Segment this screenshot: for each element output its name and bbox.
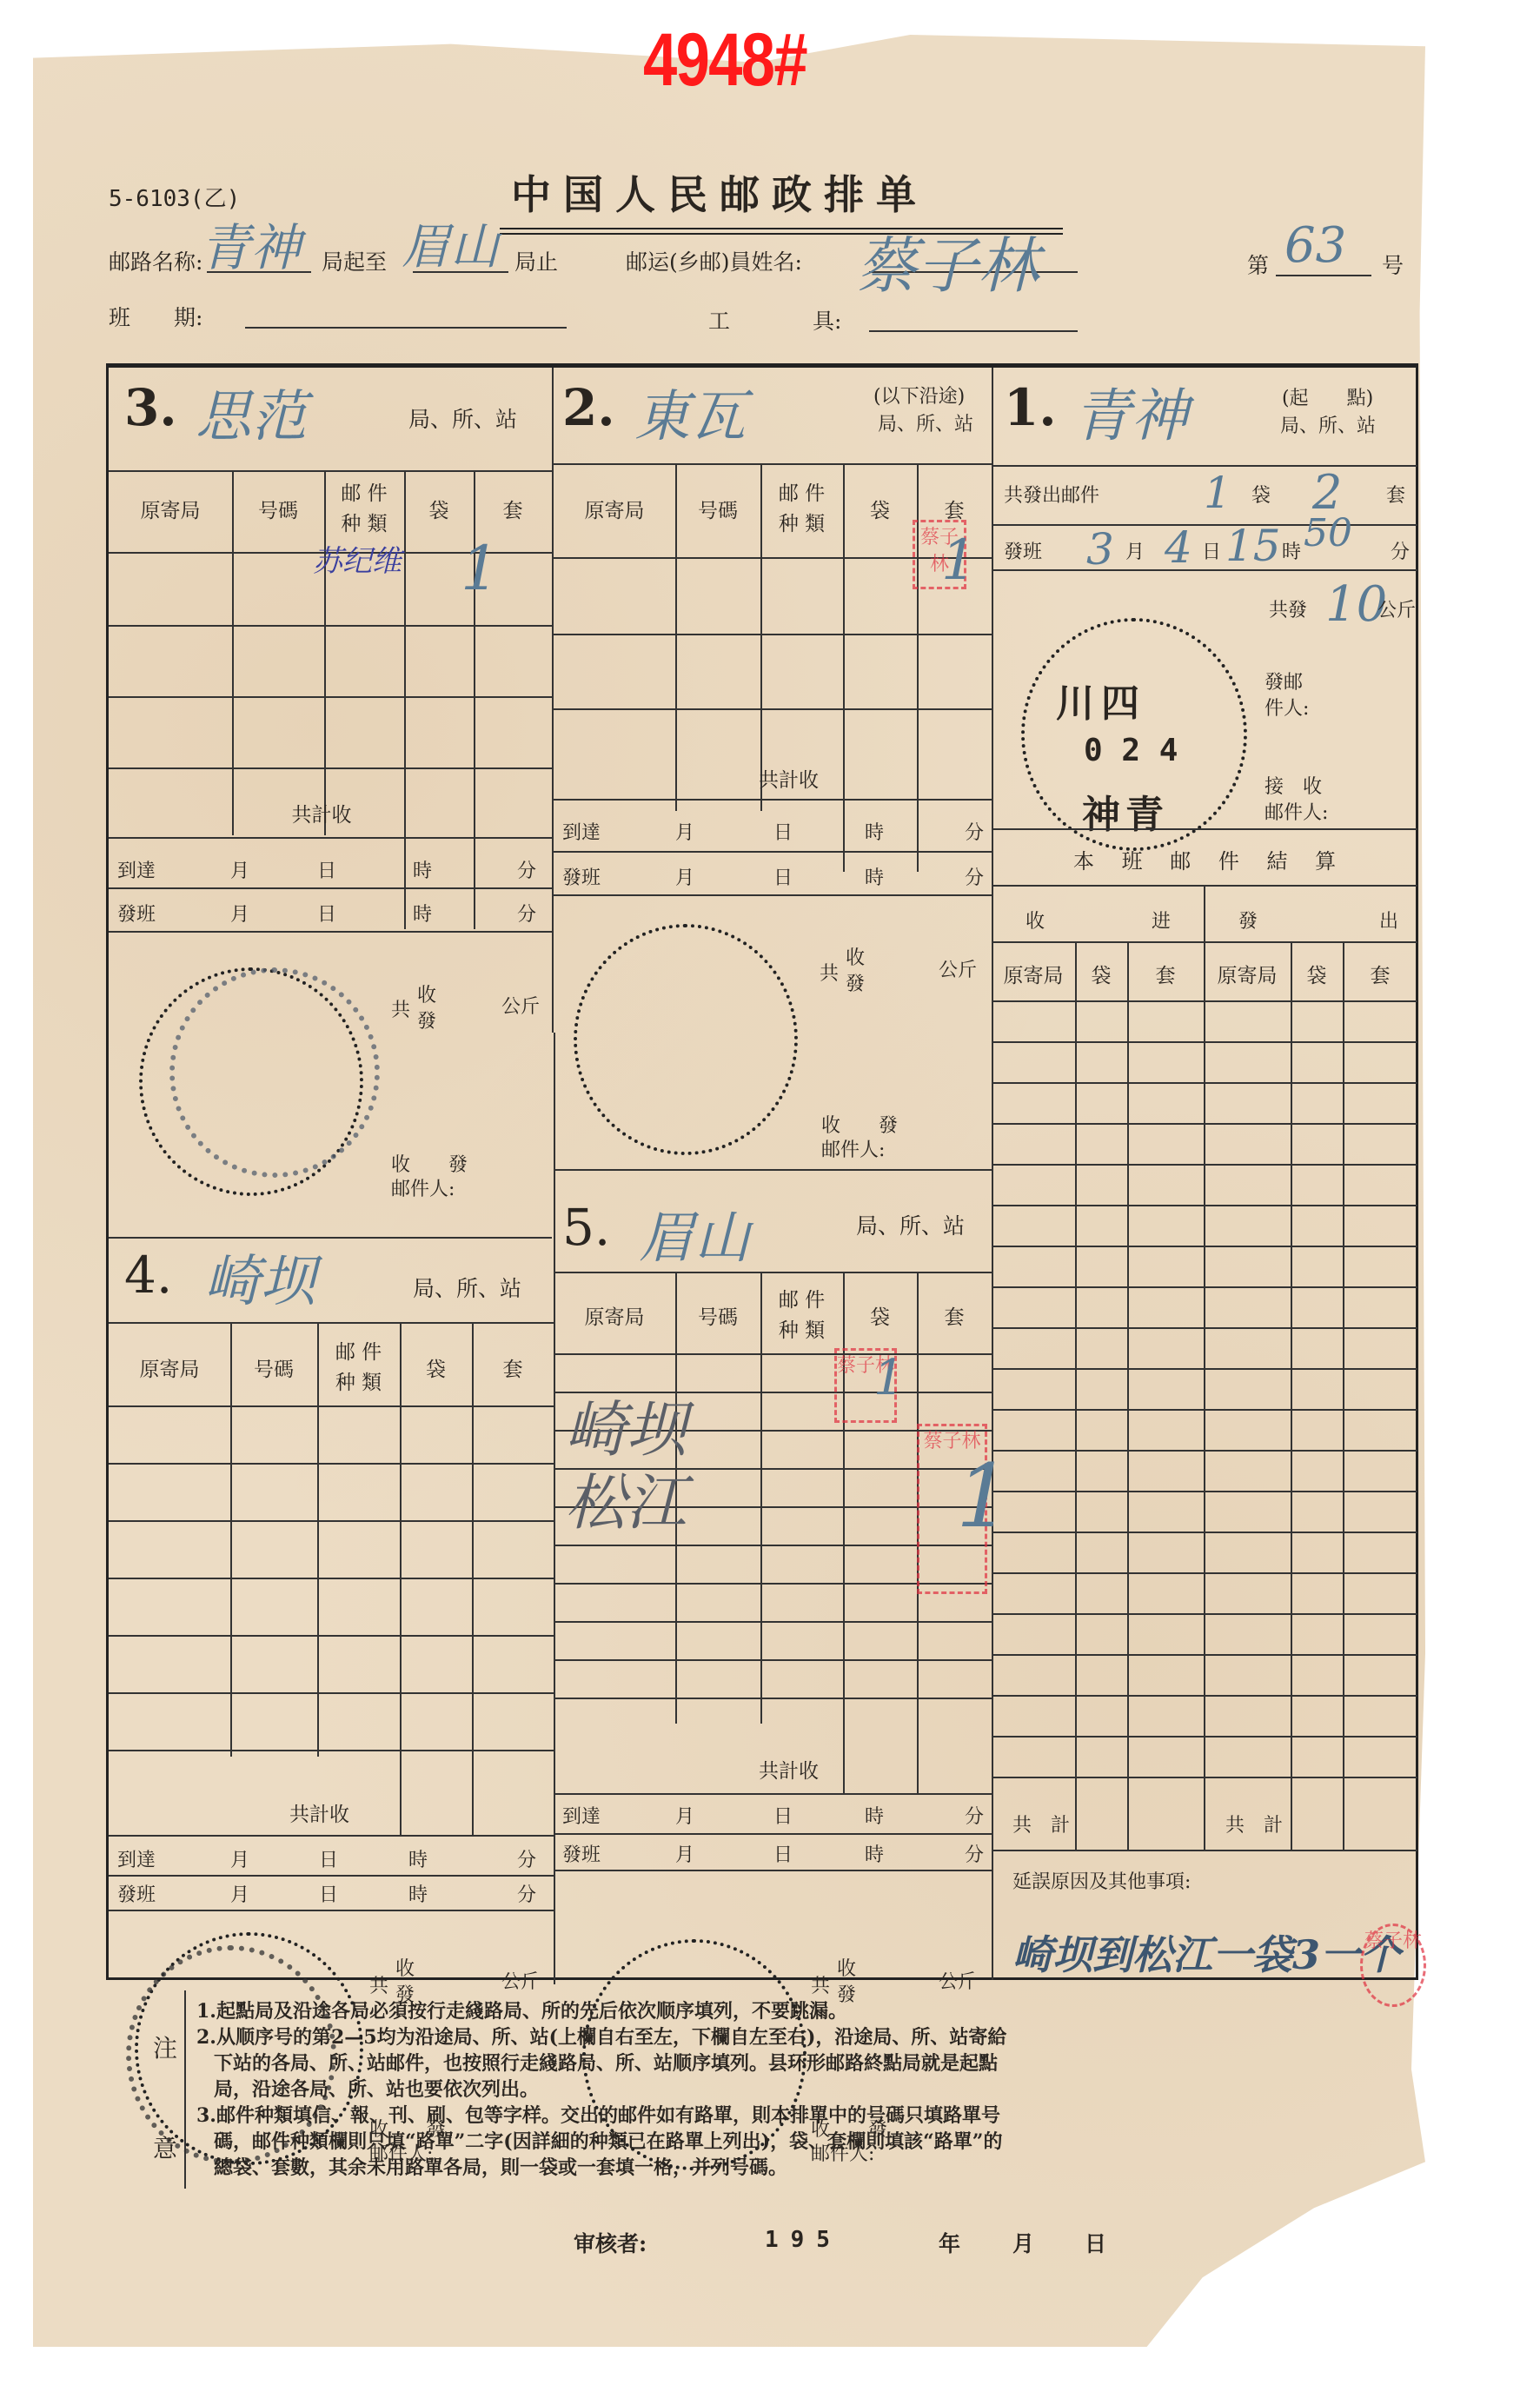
depart-month-value[interactable]: 3 bbox=[1086, 524, 1114, 575]
section-2-station[interactable]: 東瓦 bbox=[634, 372, 746, 452]
section-5-handwritten-note[interactable]: 崎坝 松江 bbox=[565, 1393, 739, 1539]
notes-side-label-2: 意 bbox=[153, 2130, 177, 2164]
col-bag: 袋 bbox=[843, 1305, 917, 1331]
col-set: 套 bbox=[474, 498, 552, 524]
day-label: 日 bbox=[1202, 537, 1221, 564]
divider-col-1 bbox=[552, 368, 554, 1033]
out-label-2: 出 bbox=[1379, 907, 1398, 934]
col-type-1: 邮 件 bbox=[760, 1287, 843, 1313]
rule bbox=[992, 1450, 1417, 1452]
month-label: 月 bbox=[675, 1802, 694, 1829]
sent-mail-label: 共發出邮件 bbox=[1004, 481, 1099, 508]
kg-label: 公斤 bbox=[501, 992, 540, 1019]
col-origin: 原寄局 bbox=[109, 498, 232, 524]
send-label: 發 bbox=[846, 969, 865, 996]
day-label: 日 bbox=[319, 1845, 338, 1872]
section-5-number: 5. bbox=[562, 1198, 610, 1257]
route-end-value[interactable]: 眉山 bbox=[402, 209, 499, 278]
route-end-label: 局止 bbox=[514, 245, 558, 276]
rule bbox=[992, 828, 1417, 830]
rule bbox=[992, 1082, 1417, 1084]
recv-label: 收 bbox=[417, 980, 436, 1007]
rule bbox=[992, 1164, 1417, 1166]
note-line-1: 1.起點局及沿途各局必須按行走綫路局、所的先后依次顺序填列，不要跳漏。 bbox=[196, 1999, 847, 2023]
col-type-1: 邮 件 bbox=[317, 1339, 400, 1365]
depart-label: 發班 bbox=[117, 900, 156, 927]
day-label: 日 bbox=[773, 1840, 793, 1867]
rule bbox=[554, 1272, 992, 1273]
rule bbox=[554, 1353, 992, 1355]
settle-total-in: 共 計 bbox=[1012, 1811, 1070, 1837]
note-line-5: 3.邮件种類填信、報、刊、刷、包等字样。交出的邮件如有路單，則本排單中的号碼只填… bbox=[196, 2103, 1000, 2128]
rule bbox=[1127, 941, 1129, 1850]
rule bbox=[109, 470, 552, 472]
rule bbox=[554, 1870, 992, 1871]
handler-label-2: 邮件人: bbox=[821, 1135, 885, 1162]
rule bbox=[109, 837, 552, 839]
section-3-total-received: 共計收 bbox=[239, 802, 404, 828]
handler-label-2: 邮件人: bbox=[391, 1174, 455, 1201]
rule bbox=[992, 1409, 1417, 1411]
day-label: 日 bbox=[773, 1802, 793, 1829]
note-line-4: 局，沿途各局、所、站也要依次列出。 bbox=[214, 2077, 539, 2102]
note-line-7: 總袋、套數，其余未用路單各局，則一袋或一套填一格，并列号碼。 bbox=[214, 2156, 787, 2180]
section-4-total-received: 共計收 bbox=[239, 1802, 400, 1828]
rule bbox=[554, 634, 992, 635]
settle-col-set-in: 套 bbox=[1127, 963, 1204, 989]
rule bbox=[554, 799, 992, 801]
tool-field[interactable] bbox=[869, 330, 1078, 332]
col-bag: 袋 bbox=[400, 1357, 472, 1383]
dispatch-table: 3. 思范 局、所、站 原寄局 号碼 邮 件 种 類 袋 套 苏纪维 1 共計收… bbox=[106, 363, 1418, 1980]
rule bbox=[554, 708, 992, 710]
rule bbox=[992, 1327, 1417, 1329]
number-value[interactable]: 63 bbox=[1284, 217, 1346, 274]
col-number: 号碼 bbox=[675, 1305, 760, 1331]
in-label-2: 进 bbox=[1152, 907, 1171, 934]
day-label: 日 bbox=[317, 856, 336, 883]
rule bbox=[992, 465, 1417, 467]
rule bbox=[992, 1777, 1417, 1778]
rule bbox=[109, 625, 552, 627]
col-bag: 袋 bbox=[843, 498, 917, 524]
bag-label: 袋 bbox=[1251, 481, 1271, 508]
rule bbox=[230, 1322, 232, 1757]
rule bbox=[1291, 941, 1292, 1850]
rule bbox=[554, 894, 992, 896]
section-1-number: 1. bbox=[1004, 378, 1057, 437]
col-number: 号碼 bbox=[675, 498, 760, 524]
minute-label: 分 bbox=[517, 900, 536, 927]
rule bbox=[554, 1169, 992, 1171]
minute-label: 分 bbox=[965, 818, 984, 845]
section-5-bag-mark[interactable]: 1 bbox=[873, 1350, 905, 1406]
depart-label: 發班 bbox=[562, 1840, 601, 1867]
depart-day-value[interactable]: 4 bbox=[1165, 522, 1192, 573]
rule bbox=[992, 1246, 1417, 1247]
hour-label: 時 bbox=[1282, 537, 1301, 564]
rule bbox=[109, 1692, 554, 1694]
hour-label: 時 bbox=[865, 1802, 884, 1829]
total-prefix: 共 bbox=[391, 995, 410, 1022]
col-set: 套 bbox=[917, 1305, 992, 1331]
rule bbox=[109, 931, 552, 933]
settle-col-origin-out: 原寄局 bbox=[1204, 963, 1291, 989]
tool-label-2: 具: bbox=[813, 304, 841, 336]
postmark-bottom-text: 神青 bbox=[1082, 783, 1169, 839]
hour-label: 時 bbox=[865, 863, 884, 890]
section-1-station[interactable]: 青神 bbox=[1073, 369, 1188, 452]
rule bbox=[992, 1205, 1417, 1206]
settle-col-bag-out: 袋 bbox=[1291, 963, 1343, 989]
section-3-number: 3. bbox=[124, 378, 177, 437]
rule bbox=[992, 1286, 1417, 1288]
day-label: 日 bbox=[773, 818, 793, 845]
minute-label: 分 bbox=[1391, 537, 1410, 564]
handler-label-1: 收 發 bbox=[821, 1111, 898, 1138]
rule bbox=[554, 1621, 992, 1623]
rule bbox=[992, 1654, 1417, 1656]
rule bbox=[554, 1698, 992, 1699]
lot-number: 4948# bbox=[643, 17, 807, 103]
footer-year: 195 bbox=[765, 2227, 842, 2253]
sent-bags-value[interactable]: 1 bbox=[1204, 468, 1231, 518]
rule bbox=[109, 1322, 554, 1324]
minute-label: 分 bbox=[517, 1845, 536, 1872]
minute-label: 分 bbox=[517, 1880, 536, 1907]
reviewer-label: 审核者: bbox=[574, 2227, 647, 2258]
day-label: 日 bbox=[773, 863, 793, 890]
footer-day-label: 日 bbox=[1085, 2227, 1106, 2258]
rule bbox=[109, 1578, 554, 1579]
month-label: 月 bbox=[230, 900, 249, 927]
rule bbox=[992, 524, 1417, 526]
hour-label: 時 bbox=[413, 900, 432, 927]
hour-label: 時 bbox=[408, 1845, 428, 1872]
recv-label: 收 bbox=[846, 943, 865, 970]
sender-label-2: 件人: bbox=[1265, 694, 1309, 721]
section-4-suffix: 局、所、站 bbox=[413, 1272, 521, 1303]
number-suffix: 号 bbox=[1382, 249, 1404, 280]
depart-label: 發班 bbox=[117, 1880, 156, 1907]
section-2-number: 2. bbox=[562, 378, 615, 437]
col-origin: 原寄局 bbox=[554, 498, 675, 524]
section-3-signature[interactable]: 苏纪维 bbox=[313, 537, 402, 580]
rule bbox=[109, 696, 552, 698]
section-2-note: (以下沿途) bbox=[873, 382, 965, 409]
number-line bbox=[1276, 275, 1371, 276]
hour-label: 時 bbox=[413, 856, 432, 883]
schedule-label: 班 期: bbox=[109, 301, 202, 332]
rule bbox=[992, 1491, 1417, 1492]
rule bbox=[554, 851, 992, 853]
carrier-label: 邮运(乡邮)員姓名: bbox=[626, 245, 802, 276]
divider-col-2 bbox=[992, 368, 993, 1980]
section-1-suffix: 局、所、站 bbox=[1280, 411, 1376, 438]
kg-label: 公斤 bbox=[939, 955, 977, 982]
rule bbox=[109, 1635, 554, 1637]
rule bbox=[109, 1750, 554, 1751]
postmark-date: 0 2 4 bbox=[1084, 733, 1178, 768]
rule bbox=[554, 1659, 992, 1661]
rule bbox=[992, 1368, 1417, 1370]
in-label-1: 收 bbox=[1026, 907, 1045, 934]
section-2-set-mark[interactable]: 1 bbox=[941, 528, 977, 593]
set-label: 套 bbox=[1386, 481, 1405, 508]
hour-label: 時 bbox=[865, 818, 884, 845]
section-2-total-received: 共計收 bbox=[734, 767, 843, 794]
carrier-name[interactable]: 蔡子林 bbox=[856, 217, 1039, 305]
rule bbox=[1343, 941, 1344, 1850]
receiver-label-2: 邮件人: bbox=[1265, 798, 1328, 825]
rule bbox=[1204, 885, 1205, 1850]
settle-col-bag-in: 袋 bbox=[1075, 963, 1127, 989]
rule bbox=[992, 1736, 1417, 1738]
section-5-total-received: 共計收 bbox=[734, 1758, 843, 1784]
rule bbox=[109, 887, 552, 889]
section-2-suffix: 局、所、站 bbox=[878, 409, 973, 436]
sender-label-1: 發邮 bbox=[1265, 668, 1303, 694]
col-type-2: 种 類 bbox=[324, 511, 404, 537]
send-label: 發 bbox=[417, 1007, 436, 1033]
rule bbox=[992, 1123, 1417, 1125]
arrive-label: 到達 bbox=[117, 1845, 156, 1872]
route-label: 邮路名称: bbox=[109, 245, 202, 276]
receiver-label-1: 接 收 bbox=[1265, 772, 1322, 799]
arrive-label: 到達 bbox=[117, 856, 156, 883]
rule bbox=[992, 1532, 1417, 1533]
notes-side-label-1: 注 bbox=[153, 2030, 177, 2064]
footer-year-label: 年 bbox=[939, 2227, 960, 2258]
document-title: 中国人民邮政排单 bbox=[511, 163, 928, 221]
rule bbox=[992, 569, 1417, 571]
col-type-2: 种 類 bbox=[760, 511, 843, 537]
note-line-2: 2.从顺序号的第2—5均为沿途局、所、站(上欄自右至左，下欄自左至右)，沿途局、… bbox=[196, 2025, 1006, 2050]
hour-label: 時 bbox=[865, 1840, 884, 1867]
section-3-set-mark[interactable]: 1 bbox=[461, 533, 500, 604]
hour-label: 時 bbox=[408, 1880, 428, 1907]
settle-col-origin-in: 原寄局 bbox=[992, 963, 1075, 989]
col-origin: 原寄局 bbox=[554, 1305, 675, 1331]
day-label: 日 bbox=[319, 1880, 338, 1907]
route-start-value[interactable]: 青神 bbox=[200, 207, 301, 280]
rule bbox=[109, 1835, 554, 1837]
rule bbox=[554, 463, 992, 465]
col-type-1: 邮 件 bbox=[760, 481, 843, 507]
col-number: 号碼 bbox=[230, 1357, 317, 1383]
month-label: 月 bbox=[230, 1880, 249, 1907]
month-label: 月 bbox=[675, 863, 694, 890]
postmark-faded-3 bbox=[169, 967, 380, 1178]
col-type-2: 种 類 bbox=[317, 1370, 400, 1396]
number-prefix: 第 bbox=[1247, 249, 1269, 280]
col-type-2: 种 類 bbox=[760, 1318, 843, 1344]
rule bbox=[1075, 941, 1077, 1850]
month-label: 月 bbox=[230, 1845, 249, 1872]
settlement-title: 本 班 邮 件 結 算 bbox=[1073, 844, 1346, 874]
rule bbox=[992, 1041, 1417, 1043]
rule bbox=[554, 1793, 992, 1795]
section-4-number: 4. bbox=[124, 1246, 172, 1305]
weight-label: 共發 bbox=[1269, 595, 1307, 622]
col-set: 套 bbox=[472, 1357, 554, 1383]
recv-label: 收 bbox=[395, 1954, 415, 1981]
section-1-note: (起 點) bbox=[1282, 383, 1373, 410]
schedule-field[interactable] bbox=[245, 327, 567, 329]
depart-label: 發班 bbox=[562, 863, 601, 890]
month-label: 月 bbox=[230, 856, 249, 883]
col-bag: 袋 bbox=[404, 498, 474, 524]
col-number: 号碼 bbox=[232, 498, 324, 524]
rule bbox=[843, 463, 845, 872]
day-label: 日 bbox=[317, 900, 336, 927]
note-line-6: 碼，邮件种類欄則只填“路單”二字(因詳細的种類已在路單上列出)，袋、套欄則填該“… bbox=[214, 2130, 1002, 2154]
rule bbox=[404, 470, 406, 929]
route-start-label: 局起至 bbox=[322, 245, 387, 276]
rule bbox=[109, 1520, 554, 1522]
month-label: 月 bbox=[675, 818, 694, 845]
rule bbox=[992, 1613, 1417, 1615]
rule bbox=[109, 767, 552, 769]
rule bbox=[992, 1850, 1417, 1851]
divider-col-1b bbox=[554, 1033, 555, 1984]
rule bbox=[109, 1463, 554, 1465]
rule bbox=[232, 470, 234, 835]
rule bbox=[109, 1237, 552, 1239]
arrive-label: 到達 bbox=[562, 1802, 601, 1829]
section-3-station[interactable]: 思范 bbox=[196, 372, 307, 452]
minute-label: 分 bbox=[965, 863, 984, 890]
minute-label: 分 bbox=[965, 1840, 984, 1867]
settle-col-set-out: 套 bbox=[1343, 963, 1417, 989]
rule bbox=[554, 1833, 992, 1835]
section-3-suffix: 局、所、站 bbox=[408, 402, 517, 434]
rule bbox=[992, 1572, 1417, 1574]
col-type-1: 邮 件 bbox=[324, 481, 404, 507]
note-line-3: 下站的各局、所、站邮件，也按照行走綫路局、所、站顺序填列。县环形邮路終點局就是起… bbox=[214, 2051, 998, 2076]
postmark-top-text: 川四 bbox=[1056, 672, 1146, 728]
rule bbox=[992, 1695, 1417, 1697]
minute-label: 分 bbox=[517, 856, 536, 883]
rule bbox=[109, 1875, 554, 1877]
depart-hour-value[interactable]: 15 bbox=[1225, 521, 1281, 571]
delay-value[interactable]: 崎坝到松江一袋3一个 bbox=[1012, 1924, 1400, 1981]
depart-label: 發班 bbox=[1004, 537, 1042, 564]
section-5-station[interactable]: 眉山 bbox=[639, 1193, 750, 1273]
section-5-suffix: 局、所、站 bbox=[856, 1209, 965, 1240]
depart-minute-value[interactable]: 50 bbox=[1304, 511, 1352, 555]
rule bbox=[992, 1000, 1417, 1002]
tool-label-1: 工 bbox=[708, 304, 730, 336]
out-label-1: 發 bbox=[1238, 907, 1258, 934]
minute-label: 分 bbox=[965, 1802, 984, 1829]
rule bbox=[992, 941, 1417, 943]
settle-total-out: 共 計 bbox=[1225, 1811, 1283, 1837]
rule bbox=[109, 1405, 554, 1407]
col-origin: 原寄局 bbox=[109, 1357, 230, 1383]
weight-unit: 公斤 bbox=[1377, 595, 1416, 622]
footer-month-label: 月 bbox=[1012, 2227, 1034, 2258]
recv-label: 收 bbox=[837, 1954, 856, 1981]
total-prefix: 共 bbox=[820, 959, 839, 986]
month-label: 月 bbox=[1125, 537, 1145, 564]
arrive-label: 到達 bbox=[562, 818, 601, 845]
section-4-station[interactable]: 崎坝 bbox=[204, 1237, 315, 1317]
handler-label-1: 收 發 bbox=[391, 1150, 468, 1177]
postmark-circle-2 bbox=[574, 924, 798, 1155]
rule bbox=[109, 1910, 554, 1911]
month-label: 月 bbox=[675, 1840, 694, 1867]
delay-label: 延誤原因及其他事項: bbox=[1012, 1867, 1191, 1894]
